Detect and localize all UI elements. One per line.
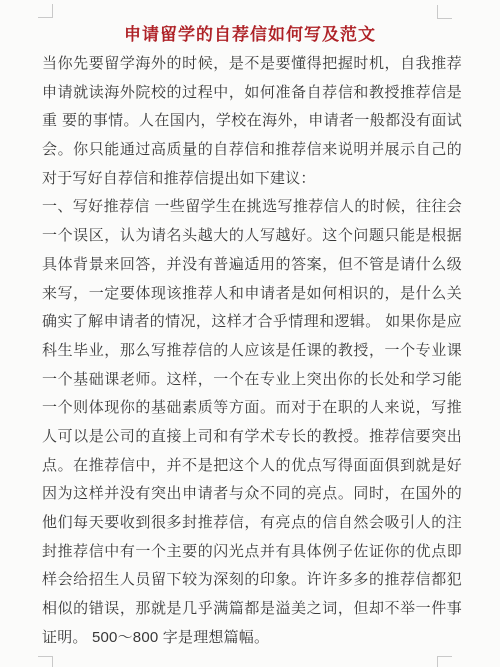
document-page: 申请留学的自荐信如何写及范文 当你先要留学海外的时候，是不是要懂得把握时机，自我… [0,0,500,667]
text-line: 人可以是公司的直接上司和有学术专长的教授。推荐信要突出个人亮 [42,423,462,452]
document-body: 当你先要留学海外的时候，是不是要懂得把握时机，自我推荐呢？ 在申请就读海外院校的… [42,50,462,652]
text-line: 确实了解申请者的情况，这样才合乎情理和逻辑。 如果你是应届本 [42,308,462,337]
text-line: 当你先要留学海外的时候，是不是要懂得把握时机，自我推荐呢？ 在 [42,50,462,79]
text-line: 一个则体现你的基础素质等方面。而对于在职的人来说，写推荐信的 [42,394,462,423]
crop-mark-bottom-right [437,656,452,667]
text-line: 样会给招生人员留下较为深刻的印象。许许多多的推荐信都犯着一个 [42,566,462,595]
text-line: 证明。 500～800 字是理想篇幅。 [42,624,462,653]
text-line: 封推荐信中有一个主要的闪光点并有具体例子佐证你的优点即可，这 [42,538,462,567]
crop-mark-top-right [437,5,452,19]
text-line: 一个误区，认为请名头越大的人写越好。这个问题只能是根据每个 的 [42,222,462,251]
text-line: 一、写好推荐信 一些留学生在挑选写推荐信人的时候，往往会进入 [42,193,462,222]
crop-mark-top-left [38,4,53,18]
text-line: 科生毕业，那么写推荐信的人应该是任课的教授，一个专业课老师， [42,337,462,366]
text-line: 具体背景来回答，并没有普遍适用的答案，但不管是请什么级别的人 [42,251,462,280]
text-line: 申请就读海外院校的过程中，如何准备自荐信和教授推荐信是一件很 [42,79,462,108]
text-line: 对于写好自荐信和推荐信提出如下建议： [42,165,462,194]
text-line: 他们每天要收到很多封推荐信，有亮点的信自然会吸引人的注意。一 [42,509,462,538]
text-line: 会。你只能通过高质量的自荐信和推荐信来说明并展示自己的能力。 [42,136,462,165]
text-line: 因为这样并没有突出申请者与众不同的亮点。同时，在国外的院校里， [42,480,462,509]
crop-mark-bottom-left [38,656,53,667]
text-line: 一个基础课老师。这样，一个在专业上突出你的长处和学习能力，另 [42,366,462,395]
text-line: 点。在推荐信中，并不是把这个人的优点写得面面俱到就是好推荐信， [42,452,462,481]
text-line: 来写，一定要体现该推荐人和申请者是如何相识的，是什么关系，并 [42,280,462,309]
text-line: 重 要的事情。人在国内，学校在海外，申请者一般都没有面试的机 [42,107,462,136]
text-line: 相似的错误，那就是几乎满篇都是溢美之词，但却不举一件事 例来 [42,595,462,624]
document-title: 申请留学的自荐信如何写及范文 [0,20,500,45]
